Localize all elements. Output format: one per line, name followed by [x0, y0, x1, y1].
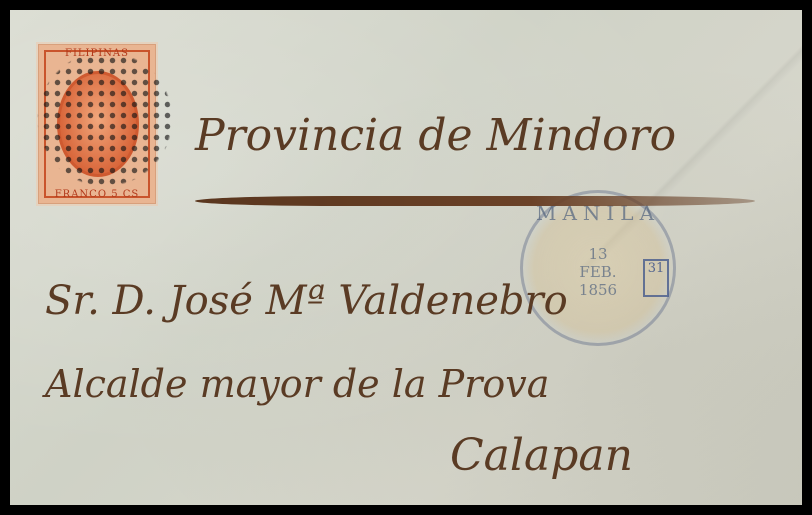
- address-line-title: Alcalde mayor de la Prova: [45, 362, 549, 406]
- address-line-province: Provincia de Mindoro: [195, 110, 676, 161]
- address-line-recipient: Sr. D. José Mª Valdenebro: [45, 278, 568, 324]
- ink-underline: [195, 196, 755, 206]
- address-line-town: Calapan: [450, 430, 633, 481]
- postal-cover: FILIPINAS FRANCO 5 CS MANILA 13 FEB. 185…: [10, 10, 802, 505]
- dotted-cancel-mark: [30, 44, 180, 194]
- postmark-box: 31: [643, 259, 669, 297]
